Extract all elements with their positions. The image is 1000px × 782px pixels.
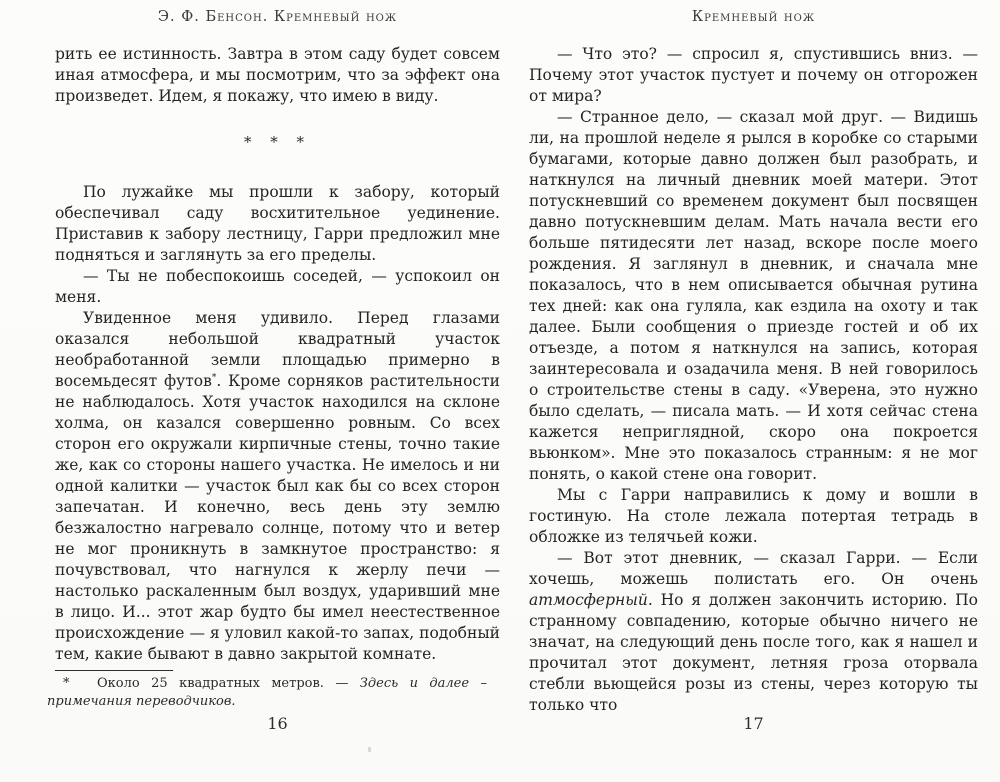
paragraph-diary-text-1: — Вот этот дневник, — сказал Гарри. — Ес… [529,549,978,588]
scan-speck [368,747,371,752]
left-page: Э. Ф. Бенсон. Кремневый нож рить ее исти… [55,0,500,782]
right-page-body: — Что это? — спросил я, спустившись вниз… [529,44,978,716]
paragraph-lawn: По лужайке мы прошли к забору, который о… [55,182,500,266]
footnote-body: Около 25 квадратных метров. — [97,676,360,691]
paragraph-what-is-it: — Что это? — спросил я, спустившись вниз… [529,44,978,107]
page-number-right: 17 [529,714,978,733]
page-number-left: 16 [55,714,500,733]
paragraph-diary: — Вот этот дневник, — сказал Гарри. — Ес… [529,548,978,716]
left-page-body: рить ее истинность. Завтра в этом саду б… [55,44,500,665]
paragraph-house: Мы с Гарри направились к дому и вошли в … [529,485,978,548]
paragraph-plot: Увиденное меня удивило. Перед глазами ок… [55,308,500,665]
paragraph-diary-text-2: Но я должен закончить историю. По странн… [529,591,978,714]
running-header-left: Э. Ф. Бенсон. Кремневый нож [55,9,500,31]
footnote: *Около 25 квадратных метров. — Здесь и д… [47,670,487,710]
book-spread: Э. Ф. Бенсон. Кремневый нож рить ее исти… [0,0,1000,782]
footnote-text: *Около 25 квадратных метров. — Здесь и д… [47,675,487,710]
footnote-marker: * [63,675,97,693]
section-break: * * * [55,132,500,153]
paragraph-strange-business: — Странное дело, — сказал мой друг. — Ви… [529,107,978,485]
paragraph-diary-italic-word: атмосферный. [529,591,653,609]
running-header-right: Кремневый нож [529,9,978,31]
paragraph-continuation: рить ее истинность. Завтра в этом саду б… [55,44,500,107]
right-page: Кремневый нож — Что это? — спросил я, сп… [529,0,978,782]
paragraph-plot-text-2: . Кроме сорняков растительности не наблю… [55,372,500,663]
paragraph-dialog-neighbours: — Ты не побеспокоишь соседей, — успокоил… [55,266,500,308]
footnote-rule [55,670,173,671]
